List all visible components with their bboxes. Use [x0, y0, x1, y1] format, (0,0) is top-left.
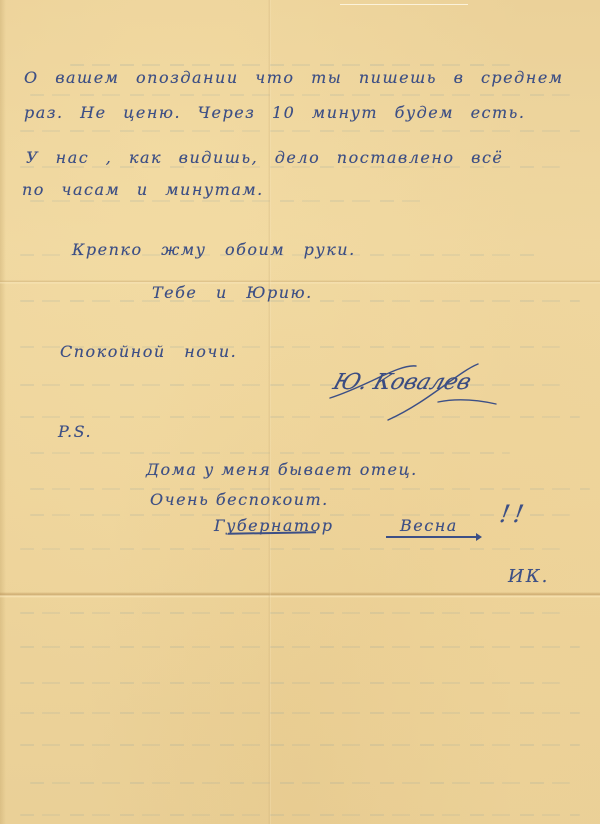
- body-line-4: по часам и минутам.: [22, 180, 264, 199]
- fold-crease-vertical: [268, 0, 271, 824]
- fold-crease-lower: [0, 592, 600, 598]
- signature-flourish-icon: [328, 362, 498, 422]
- closing-line-2: Тебе и Юрию.: [152, 283, 313, 302]
- double-exclamation: !!: [498, 500, 530, 528]
- closing-line-1: Крепко жму обоим руки.: [72, 240, 356, 259]
- postscript-line-2: Очень беспокоит.: [150, 490, 329, 509]
- good-night-line: Спокойной ночи.: [60, 342, 237, 361]
- show-through-writing: [0, 0, 600, 824]
- letter-page: О вашем опоздании что ты пишешь в средне…: [0, 0, 600, 824]
- postscript-label: P.S.: [58, 422, 92, 441]
- body-line-3: У нас , как видишь, дело поставлено всё: [26, 148, 503, 167]
- postscript-phrase-spring: Весна: [400, 516, 458, 535]
- postscript-line-1: Дома у меня бывает отец.: [146, 460, 418, 479]
- body-line-1: О вашем опоздании что ты пишешь в средне…: [24, 68, 564, 87]
- paper-edge-shadow: [0, 0, 6, 824]
- paper-scratch: [340, 4, 468, 5]
- underline-arrow-spring: [386, 536, 478, 538]
- body-line-2: раз. Не ценю. Через 10 минут будем есть.: [24, 103, 525, 122]
- initials: ИК.: [508, 566, 549, 587]
